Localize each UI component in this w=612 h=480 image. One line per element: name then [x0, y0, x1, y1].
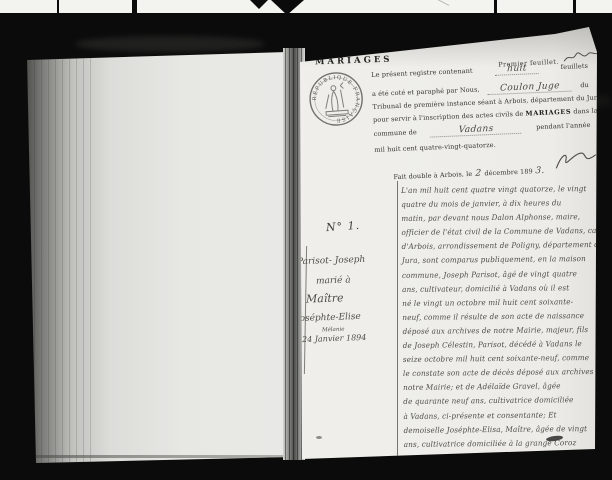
form-text: pour servir à l'inscription des actes ci… [373, 110, 526, 124]
film-frame-divider [494, 0, 497, 13]
page-bottom-shadow [36, 455, 290, 458]
act-text-line: commune, Joseph Parisot, âgé de vingt qu… [402, 267, 586, 283]
form-line: commune de Vadans pendant l'année [373, 120, 590, 140]
handwritten-fill-judge-name: Coulon Juge [488, 81, 573, 96]
margin-married-to: marié à [316, 275, 351, 286]
film-smudge [75, 36, 265, 52]
form-text: commune de [374, 128, 417, 138]
margin-groom-name: Parisot- Joseph [297, 255, 366, 267]
seal-figure [324, 82, 348, 116]
film-frame-divider [57, 0, 59, 13]
microfilm-frame: Premier feuillet. MARIAGES RÉPUBLIQUE FR… [0, 0, 612, 480]
page-edge-stack [27, 52, 97, 463]
margin-bride-surname: Maître [306, 291, 344, 305]
film-frame-divider [132, 0, 137, 13]
form-text: feuillets [561, 62, 589, 71]
act-text-line: Jura, sont comparus publiquement, en la … [402, 253, 586, 269]
margin-bride-firstnames: Joséphte-Elise [296, 312, 361, 324]
film-scratch-mark [434, 0, 449, 6]
ink-smudge [316, 436, 322, 439]
handwritten-fill-year: 3. [535, 166, 545, 176]
form-text: pendant l'année [536, 121, 591, 131]
form-text: Fait double à Arbois, le [393, 170, 472, 181]
form-line: Fait double à Arbois, le 2 décembre 189 … [375, 148, 611, 183]
republique-francaise-seal: RÉPUBLIQUE FRANÇAISE [303, 62, 369, 132]
margin-rule-vertical [397, 181, 398, 456]
handwritten-fill-commune: Vadans [431, 123, 523, 138]
act-body: L'an mil huit cent quatre vingt quatorze… [401, 182, 588, 452]
form-text: dans la [571, 107, 598, 116]
margin-marriage-date: 24 Janvier 1894 [302, 333, 367, 344]
form-text: Le présent registre contenant [371, 67, 473, 79]
film-frame-divider [573, 0, 576, 13]
handwritten-fill-feuillets-count: huit [494, 63, 538, 76]
handwritten-fill-day: 2 [475, 168, 482, 178]
act-text-line: de quarante neuf ans, cultivatrice domic… [403, 393, 587, 409]
act-number: N° 1. [326, 219, 361, 234]
form-mariages-word: MARIAGES [525, 108, 571, 118]
form-text: a été coté et paraphé par Nous, [372, 85, 480, 98]
form-text: du [580, 81, 589, 89]
form-text: décembre 189 [484, 167, 533, 177]
film-arrow-marker [246, 0, 308, 18]
judge-signature-paraph [551, 149, 600, 173]
margin-small-note: Mélanie [322, 327, 345, 334]
